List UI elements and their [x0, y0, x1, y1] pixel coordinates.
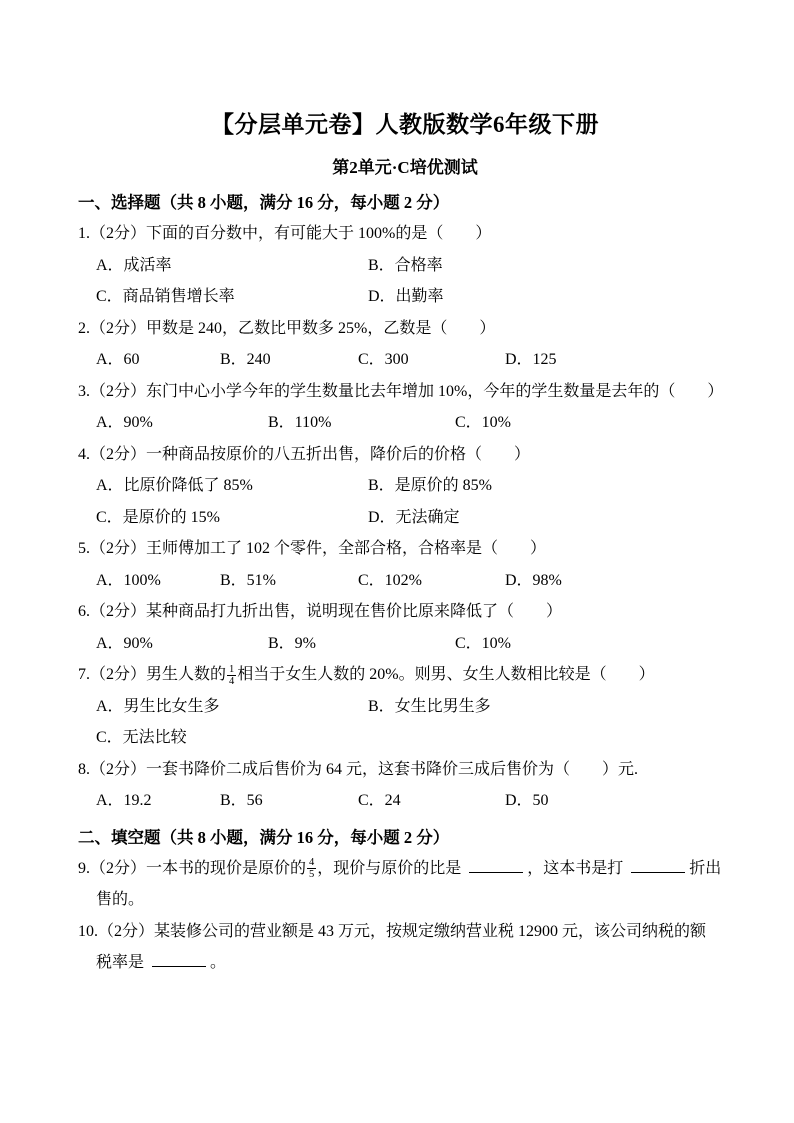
option: A．成活率 [96, 250, 368, 282]
option: C．24 [358, 785, 505, 817]
option: B．合格率 [368, 250, 732, 282]
question-stem: 10.（2分）某装修公司的营业额是 43 万元，按规定缴纳营业税 12900 元… [78, 916, 732, 979]
question: 1.（2分）下面的百分数中，有可能大于 100%的是（ ）A．成活率B．合格率C… [78, 218, 732, 313]
question-stem: 1.（2分）下面的百分数中，有可能大于 100%的是（ ） [78, 218, 732, 250]
page-title: 【分层单元卷】人教版数学6年级下册 [78, 106, 732, 144]
answer-blank [469, 857, 523, 873]
fraction: 14 [227, 664, 236, 687]
option-row: A．比原价降低了 85%B．是原价的 85% [78, 470, 732, 502]
question-stem: 4.（2分）一种商品按原价的八五折出售，降价后的价格（ ） [78, 439, 732, 471]
option: D．无法确定 [368, 502, 732, 534]
document-page: 【分层单元卷】人教版数学6年级下册 第2单元·C培优测试 一、选择题（共 8 小… [0, 0, 794, 1123]
option: A．90% [96, 407, 268, 439]
option-row: A．90%B．110%C．10% [78, 407, 732, 439]
option-row: A．成活率B．合格率 [78, 250, 732, 282]
section-heading: 一、选择题（共 8 小题，满分 16 分，每小题 2 分） [78, 188, 732, 218]
answer-blank [631, 857, 685, 873]
question-stem: 8.（2分）一套书降价二成后售价为 64 元，这套书降价三成后售价为（ ）元. [78, 754, 732, 786]
option-row: C．商品销售增长率D．出勤率 [78, 281, 732, 313]
question: 3.（2分）东门中心小学今年的学生数量比去年增加 10%，今年的学生数量是去年的… [78, 376, 732, 439]
option-row: A．90%B．9%C．10% [78, 628, 732, 660]
option-row: A．100%B．51%C．102%D．98% [78, 565, 732, 597]
question: 8.（2分）一套书降价二成后售价为 64 元，这套书降价三成后售价为（ ）元.A… [78, 754, 732, 817]
fraction: 45 [307, 857, 316, 880]
option: B．女生比男生多 [368, 691, 732, 723]
option-row: A．19.2B．56C．24D．50 [78, 785, 732, 817]
option: B．51% [220, 565, 358, 597]
question-stem: 3.（2分）东门中心小学今年的学生数量比去年增加 10%，今年的学生数量是去年的… [78, 376, 732, 408]
option-row: C．无法比较 [78, 722, 732, 754]
option: C．商品销售增长率 [96, 281, 368, 313]
option: C．102% [358, 565, 505, 597]
option: A．比原价降低了 85% [96, 470, 368, 502]
option-row: C．是原价的 15%D．无法确定 [78, 502, 732, 534]
page-subtitle: 第2单元·C培优测试 [78, 154, 732, 182]
option: B．240 [220, 344, 358, 376]
question-stem: 6.（2分）某种商品打九折出售，说明现在售价比原来降低了（ ） [78, 596, 732, 628]
question-stem: 9.（2分）一本书的现价是原价的45，现价与原价的比是 ，这本书是打 折出售的。 [78, 853, 732, 916]
option: D．125 [505, 344, 732, 376]
option: B．9% [268, 628, 455, 660]
option: C．10% [455, 628, 732, 660]
question-stem: 7.（2分）男生人数的14相当于女生人数的 20%。则男、女生人数相比较是（ ） [78, 659, 732, 691]
question: 10.（2分）某装修公司的营业额是 43 万元，按规定缴纳营业税 12900 元… [78, 916, 732, 979]
question-area: 一、选择题（共 8 小题，满分 16 分，每小题 2 分）1.（2分）下面的百分… [78, 188, 732, 979]
option: C．10% [455, 407, 732, 439]
question-stem: 5.（2分）王师傅加工了 102 个零件，全部合格，合格率是（ ） [78, 533, 732, 565]
question: 2.（2分）甲数是 240，乙数比甲数多 25%，乙数是（ ）A．60B．240… [78, 313, 732, 376]
fraction-denominator: 5 [307, 868, 316, 880]
fraction-numerator: 1 [227, 664, 236, 675]
option: A．19.2 [96, 785, 220, 817]
option: A．60 [96, 344, 220, 376]
option: D．出勤率 [368, 281, 732, 313]
option: A．100% [96, 565, 220, 597]
option: D．98% [505, 565, 732, 597]
question: 9.（2分）一本书的现价是原价的45，现价与原价的比是 ，这本书是打 折出售的。 [78, 853, 732, 916]
option-row: A．60B．240C．300D．125 [78, 344, 732, 376]
question: 4.（2分）一种商品按原价的八五折出售，降价后的价格（ ）A．比原价降低了 85… [78, 439, 732, 534]
fraction-numerator: 4 [307, 857, 316, 868]
question-stem: 2.（2分）甲数是 240，乙数比甲数多 25%，乙数是（ ） [78, 313, 732, 345]
option: D．50 [505, 785, 732, 817]
question: 7.（2分）男生人数的14相当于女生人数的 20%。则男、女生人数相比较是（ ）… [78, 659, 732, 754]
section-heading: 二、填空题（共 8 小题，满分 16 分，每小题 2 分） [78, 823, 732, 853]
option: B．是原价的 85% [368, 470, 732, 502]
option: C．无法比较 [96, 722, 368, 754]
question: 6.（2分）某种商品打九折出售，说明现在售价比原来降低了（ ）A．90%B．9%… [78, 596, 732, 659]
option: B．110% [268, 407, 455, 439]
answer-blank [152, 951, 206, 967]
option-row: A．男生比女生多B．女生比男生多 [78, 691, 732, 723]
option: B．56 [220, 785, 358, 817]
fraction-denominator: 4 [227, 675, 236, 687]
option: C．300 [358, 344, 505, 376]
question: 5.（2分）王师傅加工了 102 个零件，全部合格，合格率是（ ）A．100%B… [78, 533, 732, 596]
option: A．90% [96, 628, 268, 660]
option: A．男生比女生多 [96, 691, 368, 723]
option: C．是原价的 15% [96, 502, 368, 534]
